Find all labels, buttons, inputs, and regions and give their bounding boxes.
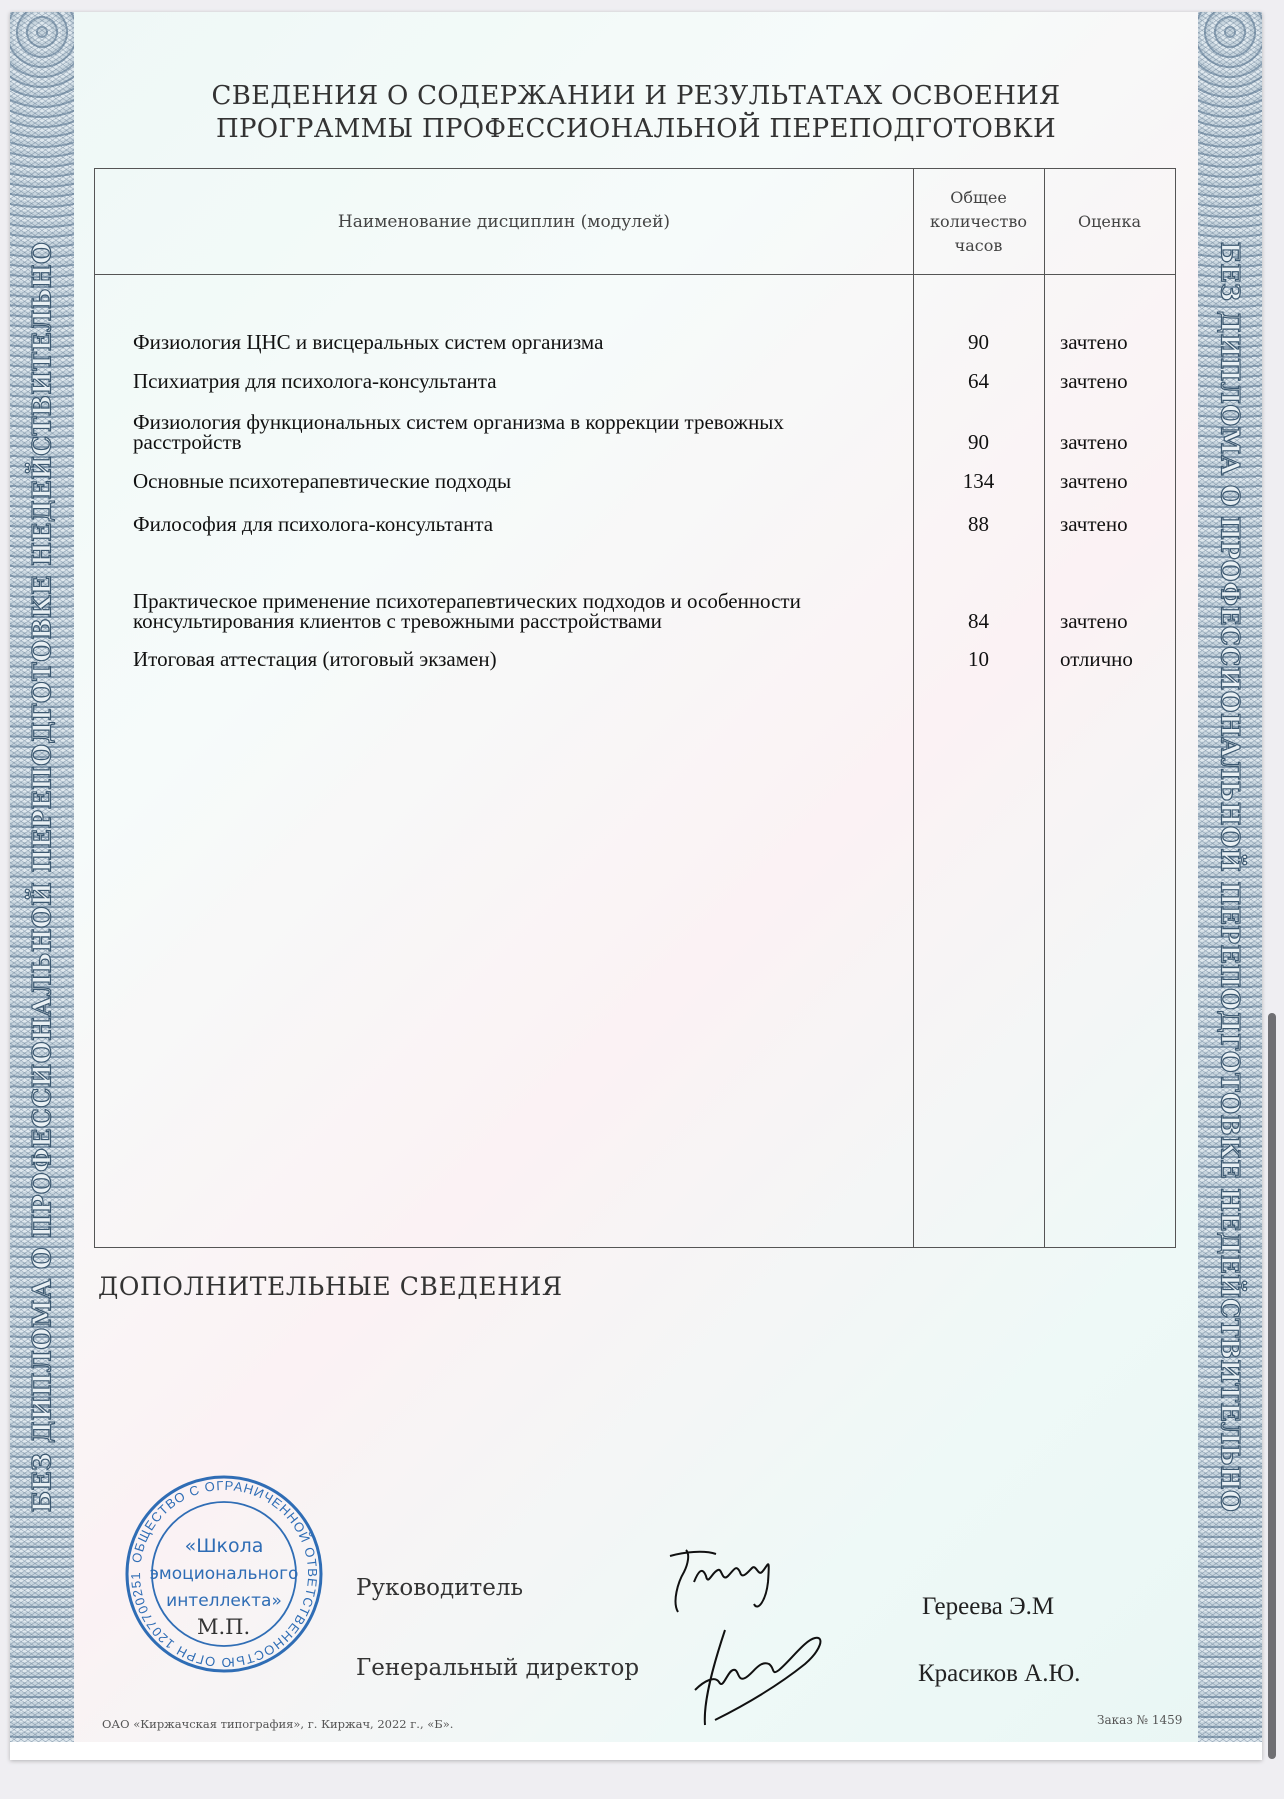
discipline-grade: отлично	[1060, 649, 1133, 669]
svg-text:эмоционального: эмоционального	[150, 1564, 299, 1584]
signatory-role-director: Руководитель	[356, 1575, 523, 1601]
page-bottom-margin	[10, 1742, 1262, 1760]
organization-stamp: ОБЩЕСТВО С ОГРАНИЧЕННОЙ ОТВЕТСТВЕННОСТЬЮ…	[124, 1474, 324, 1674]
vertical-scrollbar[interactable]	[1268, 1013, 1276, 1759]
additional-info-title: ДОПОЛНИТЕЛЬНЫЕ СВЕДЕНИЯ	[98, 1272, 563, 1301]
discipline-name: Итоговая аттестация (итоговый экзамен)	[133, 649, 853, 669]
diploma-page: БЕЗ ДИПЛОМА О ПРОФЕССИОНАЛЬНОЙ ПЕРЕПОДГО…	[10, 12, 1262, 1760]
signatory-role-general-director: Генеральный директор	[356, 1655, 639, 1681]
svg-text:интеллекта»: интеллекта»	[166, 1591, 282, 1611]
table-row: Итоговая аттестация (итоговый экзамен)10…	[95, 169, 1175, 669]
signatory-name-director: Гереева Э.М	[922, 1593, 1054, 1621]
page-title-line-1: СВЕДЕНИЯ О СОДЕРЖАНИИ И РЕЗУЛЬТАТАХ ОСВО…	[10, 80, 1262, 113]
signatory-name-general-director: Красиков А.Ю.	[918, 1660, 1080, 1688]
seal-place-label: М.П.	[197, 1615, 250, 1639]
document-viewer: БЕЗ ДИПЛОМА О ПРОФЕССИОНАЛЬНОЙ ПЕРЕПОДГО…	[0, 0, 1284, 1799]
signature-director	[664, 1542, 784, 1622]
printer-imprint: ОАО «Киржачская типография», г. Киржач, …	[102, 1717, 453, 1731]
signature-general-director	[675, 1620, 835, 1730]
svg-text:«Школа: «Школа	[185, 1535, 264, 1557]
right-guilloche-border: БЕЗ ДИПЛОМА О ПРОФЕССИОНАЛЬНОЙ ПЕРЕПОДГО…	[1198, 12, 1262, 1742]
left-guilloche-border: БЕЗ ДИПЛОМА О ПРОФЕССИОНАЛЬНОЙ ПЕРЕПОДГО…	[10, 12, 74, 1742]
disciplines-table: Наименование дисциплин (модулей) Общее к…	[94, 168, 1176, 1248]
page-title-line-2: ПРОГРАММЫ ПРОФЕССИОНАЛЬНОЙ ПЕРЕПОДГОТОВК…	[10, 113, 1262, 146]
page-title: СВЕДЕНИЯ О СОДЕРЖАНИИ И РЕЗУЛЬТАТАХ ОСВО…	[10, 80, 1262, 146]
discipline-hours: 10	[913, 649, 1044, 669]
left-border-text: БЕЗ ДИПЛОМА О ПРОФЕССИОНАЛЬНОЙ ПЕРЕПОДГО…	[28, 242, 57, 1513]
right-border-text: БЕЗ ДИПЛОМА О ПРОФЕССИОНАЛЬНОЙ ПЕРЕПОДГО…	[1216, 242, 1245, 1513]
order-number: Заказ № 1459	[1097, 1713, 1182, 1727]
